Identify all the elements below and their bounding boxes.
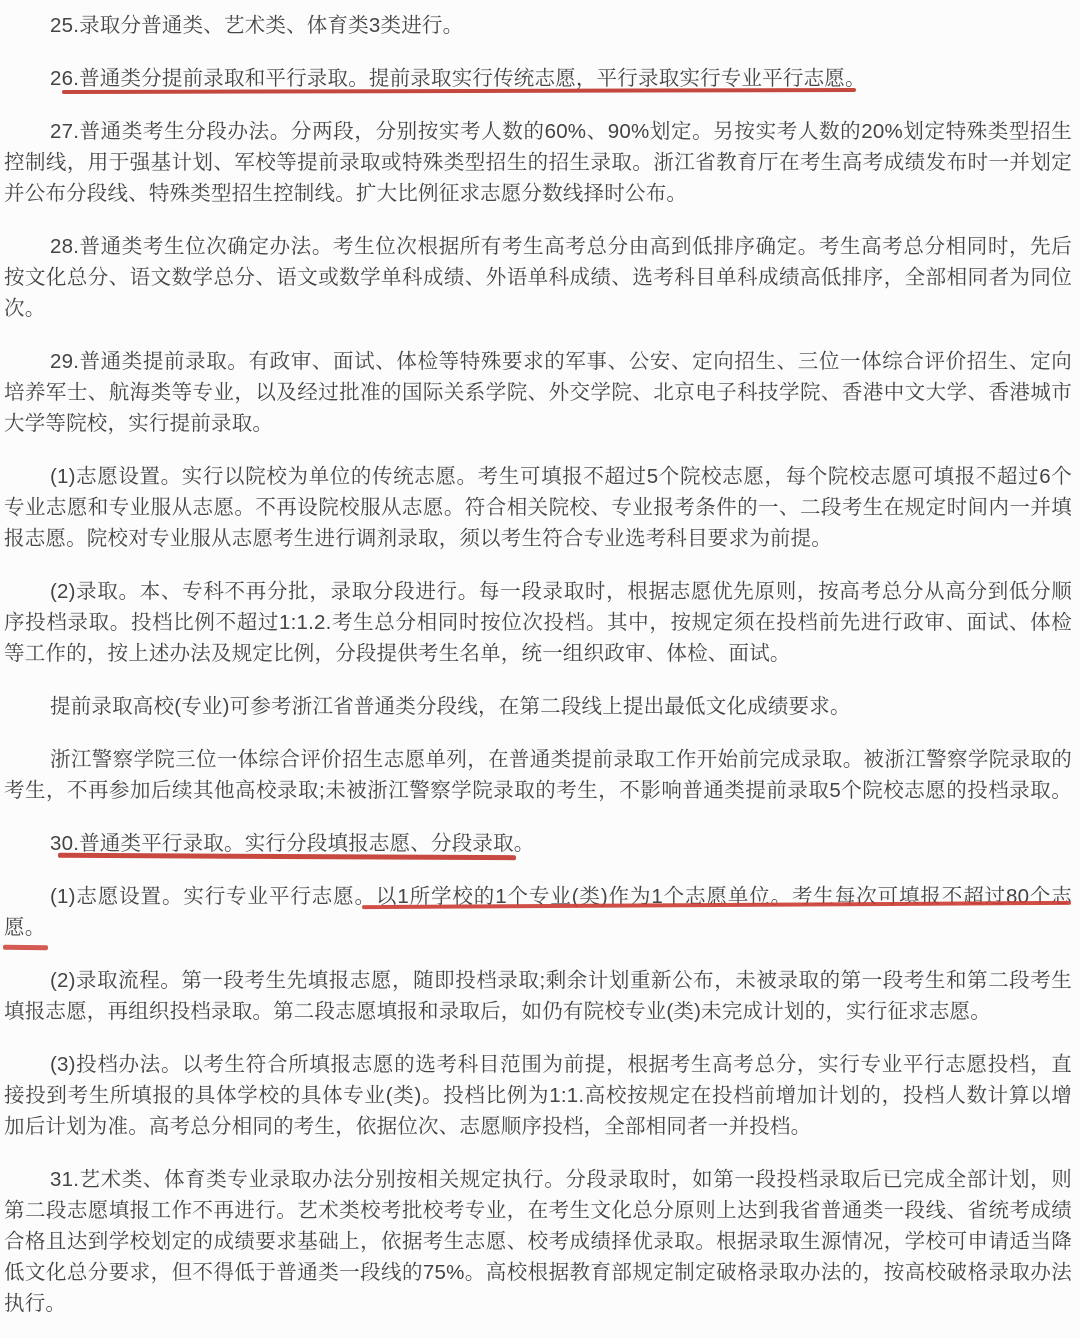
text-line: 大学等院校，实行提前录取。 [4,408,1072,439]
paragraph-item-27: 27.普通类考生分段办法。分两段，分别按实考人数的60%、90%划定。另按实考人… [4,116,1072,209]
paragraph-item-30-sub1: (1)志愿设置。实行专业平行志愿。以1所学校的1个专业(类)作为1个志愿单位。考… [4,881,1072,943]
text-line: 28.普通类考生位次确定办法。考生位次根据所有考生高考总分由高到低排序确定。考生… [4,231,1072,262]
text-line: 浙江警察学院三位一体综合评价招生志愿单列，在普通类提前录取工作开始前完成录取。被… [4,744,1072,775]
text-line: 30.普通类平行录取。实行分段填报志愿、分段录取。 [4,828,1072,859]
document-body: 25.录取分普通类、艺术类、体育类3类进行。26.普通类分提前录取和平行录取。提… [4,10,1072,1319]
text-line: (2)录取。本、专科不再分批，录取分段进行。每一段录取时，根据志愿优先原则，按高… [4,576,1072,607]
text-line: 培养军士、航海类等专业，以及经过批准的国际关系学院、外交学院、北京电子科技学院、… [4,377,1072,408]
text-line: 控制线，用于强基计划、军校等提前录取或特殊类型招生的招生录取。浙江省教育厅在考生… [4,147,1072,178]
paragraph-item-30: 30.普通类平行录取。实行分段填报志愿、分段录取。 [4,828,1072,859]
paragraph-item-26: 26.普通类分提前录取和平行录取。提前录取实行传统志愿，平行录取实行专业平行志愿… [4,63,1072,94]
paragraph-item-30-sub3: (3)投档办法。以考生符合所填报志愿的选考科目范围为前提，根据考生高考总分，实行… [4,1049,1072,1142]
text-line: 提前录取高校(专业)可参考浙江省普通类分段线，在第二段线上提出最低文化成绩要求。 [4,691,1072,722]
text-line: 考生，不再参加后续其他高校录取;未被浙江警察学院录取的考生，不影响普通类提前录取… [4,775,1072,806]
text-line: 29.普通类提前录取。有政审、面试、体检等特殊要求的军事、公安、定向招生、三位一… [4,346,1072,377]
paragraph-item-31: 31.艺术类、体育类专业录取办法分别按相关规定执行。分段录取时，如第一段投档录取… [4,1164,1072,1319]
text-line: 合格且达到学校划定的成绩要求基础上，依据考生志愿、校考成绩择优录取。根据录取生源… [4,1226,1072,1257]
text-line: 报志愿。院校对专业服从志愿考生进行调剂录取，须以考生符合专业选考科目要求为前提。 [4,523,1072,554]
paragraph-item-29: 29.普通类提前录取。有政审、面试、体检等特殊要求的军事、公安、定向招生、三位一… [4,346,1072,439]
text-line: 填报志愿，再组织投档录取。第二段志愿填报和录取后，如仍有院校专业(类)未完成计划… [4,996,1072,1027]
paragraph-item-29-sub2: (2)录取。本、专科不再分批，录取分段进行。每一段录取时，根据志愿优先原则，按高… [4,576,1072,669]
text-line: 低文化总分要求，但不得低于普通类一段线的75%。高校根据教育部规定制定破格录取办… [4,1257,1072,1288]
text-line: 次。 [4,293,1072,324]
text-line: 按文化总分、语文数学总分、语文或数学单科成绩、外语单科成绩、选考科目单科成绩高低… [4,262,1072,293]
document-page: 25.录取分普通类、艺术类、体育类3类进行。26.普通类分提前录取和平行录取。提… [0,0,1080,1338]
text-line: (1)志愿设置。实行专业平行志愿。以1所学校的1个专业(类)作为1个志愿单位。考… [4,881,1072,912]
text-line: 愿。 [4,912,1072,943]
paragraph-item-29-sub1: (1)志愿设置。实行以院校为单位的传统志愿。考生可填报不超过5个院校志愿，每个院… [4,461,1072,554]
paragraph-item-29-note1: 提前录取高校(专业)可参考浙江省普通类分段线，在第二段线上提出最低文化成绩要求。 [4,691,1072,722]
text-line: 第二段志愿填报工作不再进行。艺术类校考批校考专业，在考生文化总分原则上达到我省普… [4,1195,1072,1226]
text-line: 接投到考生所填报的具体学校的具体专业(类)。投档比例为1:1.高校按规定在投档前… [4,1080,1072,1111]
text-line: 专业志愿和专业服从志愿。不再设院校服从志愿。符合相关院校、专业报考条件的一、二段… [4,492,1072,523]
paragraph-item-29-note2: 浙江警察学院三位一体综合评价招生志愿单列，在普通类提前录取工作开始前完成录取。被… [4,744,1072,806]
text-line: 并公布分段线、特殊类型招生控制线。扩大比例征求志愿分数线择时公布。 [4,178,1072,209]
text-line: (1)志愿设置。实行以院校为单位的传统志愿。考生可填报不超过5个院校志愿，每个院… [4,461,1072,492]
text-line: (2)录取流程。第一段考生先填报志愿，随即投档录取;剩余计划重新公布，未被录取的… [4,965,1072,996]
text-line: 31.艺术类、体育类专业录取办法分别按相关规定执行。分段录取时，如第一段投档录取… [4,1164,1072,1195]
text-line: 27.普通类考生分段办法。分两段，分别按实考人数的60%、90%划定。另按实考人… [4,116,1072,147]
text-line: 等工作的，按上述办法及规定比例，分段提供考生名单，统一组织政审、体检、面试。 [4,638,1072,669]
text-line: 序投档录取。投档比例不超过1:1.2.考生总分相同时按位次投档。其中，按规定须在… [4,607,1072,638]
text-line: 25.录取分普通类、艺术类、体育类3类进行。 [4,10,1072,41]
paragraph-item-28: 28.普通类考生位次确定办法。考生位次根据所有考生高考总分由高到低排序确定。考生… [4,231,1072,324]
paragraph-item-30-sub2: (2)录取流程。第一段考生先填报志愿，随即投档录取;剩余计划重新公布，未被录取的… [4,965,1072,1027]
text-line: 执行。 [4,1288,1072,1319]
paragraph-item-25: 25.录取分普通类、艺术类、体育类3类进行。 [4,10,1072,41]
text-line: 加后计划为准。高考总分相同的考生，依据位次、志愿顺序投档，全部相同者一并投档。 [4,1111,1072,1142]
text-line: (3)投档办法。以考生符合所填报志愿的选考科目范围为前提，根据考生高考总分，实行… [4,1049,1072,1080]
text-line: 26.普通类分提前录取和平行录取。提前录取实行传统志愿，平行录取实行专业平行志愿… [4,63,1072,94]
